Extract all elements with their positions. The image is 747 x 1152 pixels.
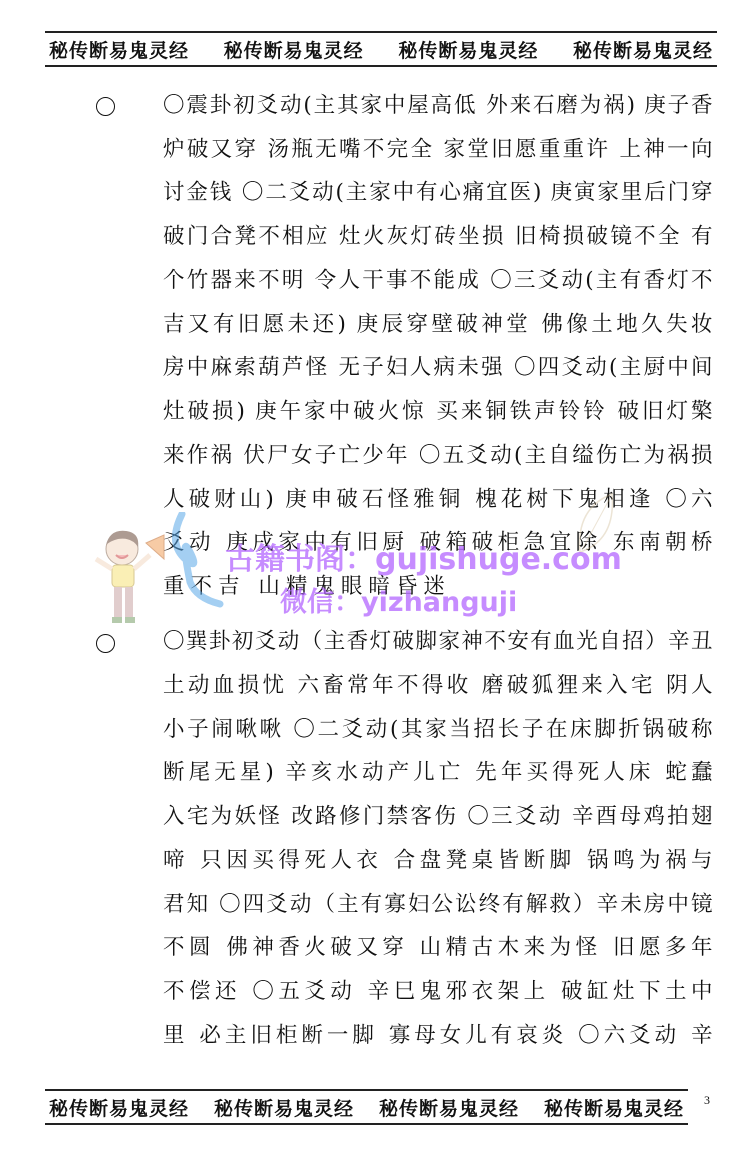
text-line: 人破财山) 庚申破石怪雅铜 槐花树下鬼相逢 〇六 xyxy=(163,485,713,515)
running-title: 秘传断易鬼灵经 xyxy=(573,36,713,63)
page-number: 3 xyxy=(704,1093,710,1108)
text-line: 里 必主旧柜断一脚 寡母女儿有哀炎 〇六爻动 辛 xyxy=(163,1021,713,1051)
text-line: 入宅为妖怪 改路修门禁客伤 〇三爻动 辛酉母鸡拍翅 xyxy=(163,802,713,832)
text-line: 君知 〇四爻动（主有寡妇公讼终有解救）辛未房中镜 xyxy=(163,890,713,920)
section-marker-circle-icon xyxy=(96,97,115,116)
running-title: 秘传断易鬼灵经 xyxy=(49,36,189,63)
running-footer: 秘传断易鬼灵经 秘传断易鬼灵经 秘传断易鬼灵经 秘传断易鬼灵经 xyxy=(45,1089,688,1125)
text-line: 来作祸 伏尸女子亡少年 〇五爻动(主自缢伤亡为祸损 xyxy=(163,441,713,471)
text-line: 〇震卦初爻动(主其家中屋高低 外来石磨为祸) 庚子香 xyxy=(163,91,713,121)
text-line: 小子闹啾啾 〇二爻动(其家当招长子在床脚折锅破称 xyxy=(163,715,713,745)
text-line: 个竹器来不明 令人干事不能成 〇三爻动(主有香灯不 xyxy=(163,266,713,296)
text-line: 讨金钱 〇二爻动(主家中有心痛宜医) 庚寅家里后门穿 xyxy=(163,178,713,208)
text-line: 爻动 庚戌家中有旧厨 破箱破柜急宜除 东南朝桥 xyxy=(163,528,713,558)
text-line: 房中麻索葫芦怪 无子妇人病未强 〇四爻动(主厨中间 xyxy=(163,353,713,383)
text-line: 破门合凳不相应 灶火灰灯砖坐损 旧椅损破镜不全 有 xyxy=(163,222,713,252)
text-line: 灶破损) 庚午家中破火惊 买来铜铁声铃铃 破旧灯檠 xyxy=(163,397,713,427)
text-line: 〇巽卦初爻动（主香灯破脚家神不安有血光自招）辛丑 xyxy=(163,627,713,657)
running-header: 秘传断易鬼灵经 秘传断易鬼灵经 秘传断易鬼灵经 秘传断易鬼灵经 xyxy=(45,31,717,67)
text-line: 不偿还 〇五爻动 辛巳鬼邪衣架上 破缸灶下土中 xyxy=(163,977,713,1007)
section-marker-circle-icon xyxy=(96,634,115,653)
running-title: 秘传断易鬼灵经 xyxy=(224,36,364,63)
running-title: 秘传断易鬼灵经 xyxy=(379,1094,519,1121)
cartoon-mascot-icon xyxy=(88,525,168,635)
text-line: 重不吉 山精鬼眼暗昏迷 xyxy=(163,572,451,602)
running-title: 秘传断易鬼灵经 xyxy=(544,1094,684,1121)
running-title: 秘传断易鬼灵经 xyxy=(398,36,538,63)
text-line: 土动血损忧 六畜常年不得收 磨破狐狸来入宅 阴人 xyxy=(163,671,713,701)
text-line: 啼 只因买得死人衣 合盘凳桌皆断脚 锅鸣为祸与 xyxy=(163,846,713,876)
running-title: 秘传断易鬼灵经 xyxy=(214,1094,354,1121)
text-line: 不圆 佛神香火破又穿 山精古木来为怪 旧愿多年 xyxy=(163,933,713,963)
running-title: 秘传断易鬼灵经 xyxy=(49,1094,189,1121)
text-line: 断尾无星) 辛亥水动产儿亡 先年买得死人床 蛇蠢 xyxy=(163,758,713,788)
text-line: 炉破又穿 汤瓶无嘴不完全 家堂旧愿重重许 上神一向 xyxy=(163,135,713,165)
text-line: 吉又有旧愿未还) 庚辰穿壁破神堂 佛像土地久失妆 xyxy=(163,310,713,340)
